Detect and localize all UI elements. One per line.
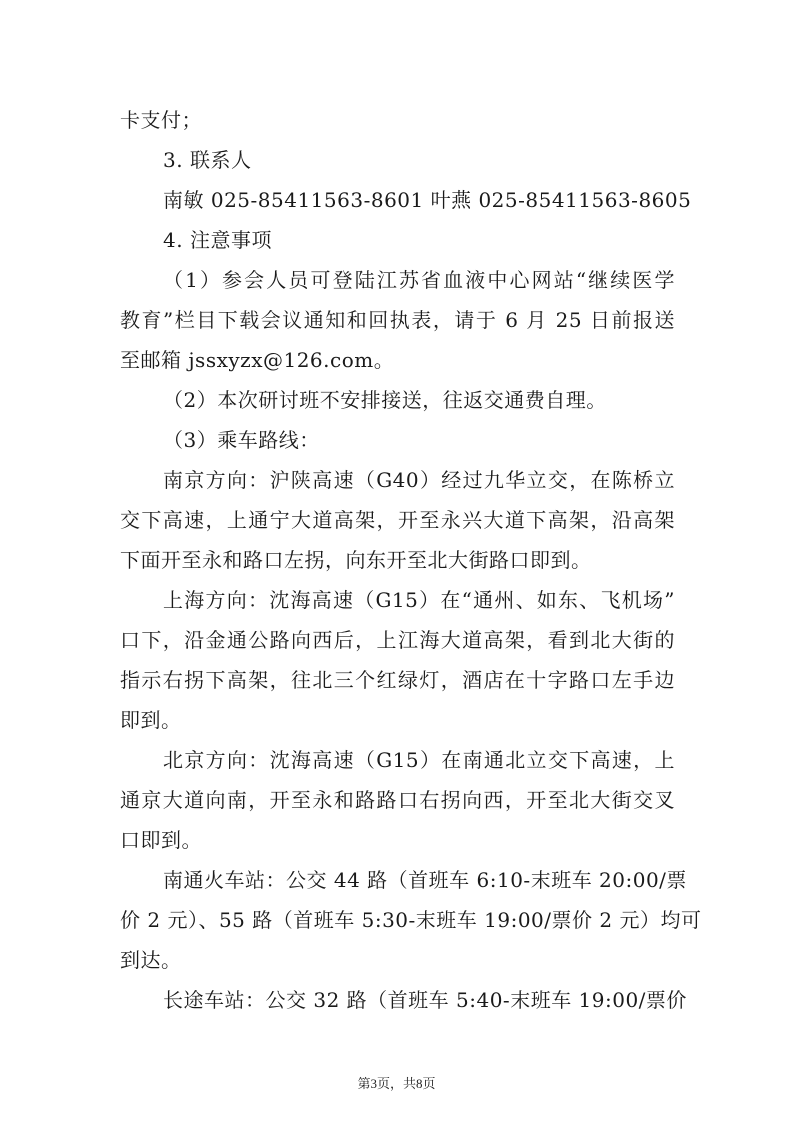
document-page: 卡支付； 3. 联系人 南敏 025-85411563-8601 叶燕 025-… (0, 0, 793, 1122)
text-line-1: 卡支付； (120, 100, 675, 140)
route-beijing-line-1: 北京方向：沈海高速（G15）在南通北立交下高速，上 (163, 740, 675, 780)
page-number-footer: 第3页，共8页 (0, 1073, 793, 1092)
route-shanghai-line-4: 即到。 (120, 700, 675, 740)
route-train-station-line-1: 南通火车站：公交 44 路（首班车 6:10-末班车 20:00/票 (163, 860, 675, 900)
route-nanjing-line-1: 南京方向：沪陕高速（G40）经过九华立交，在陈桥立 (163, 460, 675, 500)
route-shanghai-line-3: 指示右拐下高架，往北三个红绿灯，酒店在十字路口左手边 (120, 660, 675, 700)
note-3-heading: （3）乘车路线： (163, 420, 675, 460)
section-heading-contacts: 3. 联系人 (163, 140, 675, 180)
note-2: （2）本次研讨班不安排接送，往返交通费自理。 (163, 380, 675, 420)
route-nanjing-line-3: 下面开至永和路口左拐，向东开至北大街路口即到。 (120, 540, 675, 580)
section-heading-notes: 4. 注意事项 (163, 220, 675, 260)
route-beijing-line-3: 口即到。 (120, 820, 675, 860)
route-train-station-line-2: 价 2 元）、55 路（首班车 5:30-末班车 19:00/票价 2 元）均可 (120, 900, 675, 940)
route-shanghai-line-1: 上海方向：沈海高速（G15）在“通州、如东、飞机场” (163, 580, 675, 620)
route-beijing-line-2: 通京大道向南，开至永和路路口右拐向西，开至北大街交叉 (120, 780, 675, 820)
route-bus-station-line-1: 长途车站：公交 32 路（首班车 5:40-末班车 19:00/票价 (163, 980, 675, 1020)
route-shanghai-line-2: 口下，沿金通公路向西后，上江海大道高架，看到北大街的 (120, 620, 675, 660)
route-train-station-line-3: 到达。 (120, 940, 675, 980)
note-1-line-3: 至邮箱 jssxyzx@126.com。 (120, 340, 675, 380)
contact-phones: 南敏 025-85411563-8601 叶燕 025-85411563-860… (163, 180, 675, 220)
note-1-line-2: 教育”栏目下载会议通知和回执表，请于 6 月 25 日前报送 (120, 300, 675, 340)
note-1-line-1: （1）参会人员可登陆江苏省血液中心网站“继续医学 (163, 260, 675, 300)
route-nanjing-line-2: 交下高速，上通宁大道高架，开至永兴大道下高架，沿高架 (120, 500, 675, 540)
